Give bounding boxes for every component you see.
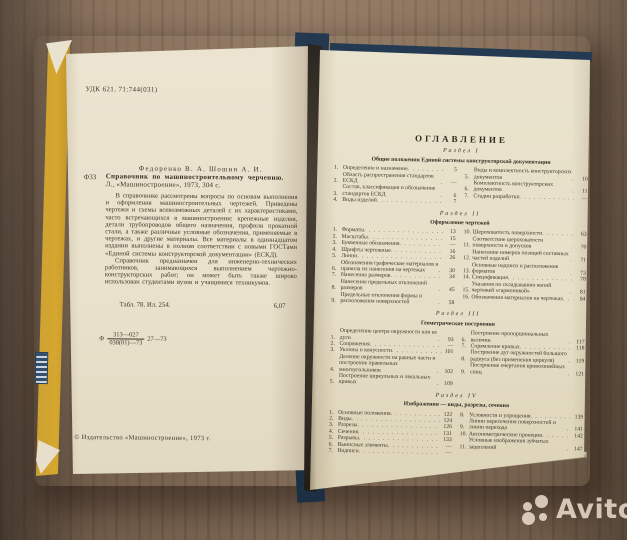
udk-number: УДК 621. 71:744(031) xyxy=(85,85,157,94)
entry-number: 10. xyxy=(464,230,473,237)
table-of-contents: ОГЛАВЛЕНИЕ Раздел IОбщие положения Едино… xyxy=(328,134,588,459)
entry-title: Стадии разработки xyxy=(473,193,519,200)
entry-number: 2. xyxy=(334,178,343,185)
entry-dot-leader xyxy=(359,448,440,456)
entry-body: Деление окружности на равные части и пос… xyxy=(339,354,453,375)
catalog-suffix: 27—73 xyxy=(147,336,166,343)
entry-page-number: 109 xyxy=(441,381,453,388)
avito-watermark: Avito xyxy=(522,494,627,525)
entry-number: 7. xyxy=(461,343,470,350)
entry-number: 7. xyxy=(332,272,341,279)
entry-title: Построение очертания криволинейных спиц xyxy=(470,363,568,378)
section-columns: 1.Определение и назначение52.Область рас… xyxy=(333,165,588,208)
entry-number: 3. xyxy=(330,347,339,354)
entry-body: Стадии разработки— xyxy=(473,193,587,202)
photo-of-open-book: УДК 621. 71:744(031) Ф33 Федоренко В. А.… xyxy=(0,0,627,540)
toc-entry: 4.Виды изделий7 xyxy=(333,197,456,206)
catalog-prefix: Ф xyxy=(99,335,104,342)
catalog-fraction: 313—027 038(01)—73 xyxy=(107,331,144,346)
toc-section: Раздел IIIГеометрические построения1.Опр… xyxy=(330,309,585,390)
entry-page-number: 147 xyxy=(570,446,582,453)
entry-number: 12. xyxy=(463,255,472,262)
entry-dot-leader xyxy=(377,198,445,206)
toc-entry: 7.Стадии разработки— xyxy=(464,193,587,202)
entry-page-number: — xyxy=(575,195,587,202)
catalog-denominator: 038(01)—73 xyxy=(107,339,144,346)
entry-number: 16. xyxy=(462,294,471,301)
copyright-line: © Издательство «Машиностроение», 1973 г. xyxy=(74,434,210,442)
imprint-line: Л., «Машиностроение», 1973, 304 с. xyxy=(106,180,296,190)
toc-entry: 11.Условные изображения зубчатых зацепле… xyxy=(460,437,583,452)
entry-body: Предельные отклонения формы и расположен… xyxy=(340,291,454,306)
entry-body: Построение циркульных и лекальных кривых… xyxy=(339,373,453,388)
entry-title: Обозначения материалов на чертежах xyxy=(471,294,563,302)
entry-title: Предельные отклонения формы и расположен… xyxy=(340,291,438,306)
entry-page-number: 7 xyxy=(444,199,456,206)
toc-section: Раздел IОбщие положения Единой системы к… xyxy=(333,146,588,208)
toc-sections: Раздел IОбщие положения Единой системы к… xyxy=(328,146,588,459)
bibliographic-block: Ф33 Федоренко В. А. Шошин А. И. Справочн… xyxy=(106,164,296,190)
annotation: В справочнике рассмотрены вопросы по осн… xyxy=(105,192,298,287)
toc-entry: 16.Обозначения материалов на чертежах84 xyxy=(462,294,585,303)
avito-watermark-text: Avito xyxy=(556,494,627,525)
entry-page-number: 58 xyxy=(442,300,454,307)
entry-body: Надписи— xyxy=(337,448,451,457)
entry-body: Условные изображения зубчатых зацеплений… xyxy=(469,438,583,453)
classification-code: Ф33 xyxy=(84,173,97,181)
entry-number: 5. xyxy=(465,174,474,181)
entry-page-number: 121 xyxy=(572,371,584,378)
entry-title: Условные изображения зубчатых зацеплений xyxy=(469,438,567,453)
section-columns: 1.Основные положения1222.Виды1243.Разрез… xyxy=(328,409,583,459)
entry-number: 4. xyxy=(333,197,342,204)
entry-number: 7. xyxy=(328,448,337,455)
entry-title: Деление окружности на равные части и пос… xyxy=(339,354,437,375)
entry-number: 7. xyxy=(464,193,473,200)
toc-entry: 9.Предельные отклонения формы и располож… xyxy=(331,291,454,306)
section-columns: 1.Форматы132.Масштабы153.Буквенные обозн… xyxy=(331,227,586,309)
entry-number: 9. xyxy=(331,298,340,305)
entry-number: 11. xyxy=(460,444,469,451)
annotation-paragraph-2: Справочник предназначен для инженерно-те… xyxy=(105,257,297,287)
catalog-index: Ф 313—027 038(01)—73 27—73 xyxy=(99,331,166,347)
entry-number: 5. xyxy=(332,253,341,260)
entry-number: 8. xyxy=(461,356,470,363)
entry-number: 10. xyxy=(460,431,469,438)
entry-body: Виды изделий7 xyxy=(342,197,456,206)
entry-title: Виды изделий xyxy=(342,197,377,204)
contents-heading: ОГЛАВЛЕНИЕ xyxy=(334,134,588,145)
toc-entry: 7.Надписи— xyxy=(328,448,451,457)
entry-body: Обозначения материалов на чертежах84 xyxy=(471,294,585,303)
toc-entry: 5.Построение циркульных и лекальных крив… xyxy=(330,373,453,388)
entry-number: 8. xyxy=(460,412,469,419)
entry-title: Построение циркульных и лекальных кривых xyxy=(339,373,437,388)
entry-dot-leader xyxy=(563,296,574,303)
toc-section: Раздел IIОформление чертежей1.Форматы132… xyxy=(331,208,587,309)
entry-number: 11. xyxy=(463,243,472,250)
toc-entry: 4.Деление окружности на равные части и п… xyxy=(330,353,453,375)
title-verso-page: УДК 621. 71:744(031) Ф33 Федоренко В. А.… xyxy=(62,43,318,475)
avito-logo-icon xyxy=(522,495,550,525)
entry-page-number: — xyxy=(439,450,451,457)
contents-page: ОГЛАВЛЕНИЕ Раздел IОбщие положения Едино… xyxy=(304,41,599,494)
price: 6,07 xyxy=(274,303,286,310)
library-sticker xyxy=(35,352,49,384)
entry-number: 5. xyxy=(330,379,339,386)
entry-dot-leader xyxy=(519,194,575,201)
entry-page-number: 84 xyxy=(573,296,585,303)
entry-number: 4. xyxy=(330,366,339,373)
toc-column: 1.Определение центра окружности или ее д… xyxy=(330,328,454,388)
toc-column: 1.Основные положения1222.Виды1243.Разрез… xyxy=(328,409,452,456)
toc-column: 1.Определение и назначение52.Область рас… xyxy=(333,165,457,206)
toc-column: 10.Шероховатость поверхности6311.Соответ… xyxy=(462,230,586,309)
toc-column: 8.Условности и упрощения1399.Линии перес… xyxy=(459,412,583,459)
entry-number: 8. xyxy=(332,285,341,292)
entry-body: Построение очертания криволинейных спиц1… xyxy=(470,363,584,378)
toc-column: 1.Форматы132.Масштабы153.Буквенные обозн… xyxy=(331,227,455,306)
toc-entry: 9.Построение очертания криволинейных спи… xyxy=(461,362,584,377)
section-columns: 1.Определение центра окружности или ее д… xyxy=(330,328,585,391)
toc-column: 6.Построение пропорциональных величин117… xyxy=(461,330,585,390)
tables-count: Табл. 78. Ил. 254. xyxy=(120,301,171,308)
toc-section: Раздел IVИзображения — виды, разрезы, се… xyxy=(328,391,583,460)
entry-number: 1. xyxy=(334,165,343,172)
tables-illustrations-row: Табл. 78. Ил. 254. 6,07 xyxy=(120,301,286,309)
entry-number: 9. xyxy=(461,369,470,376)
entry-title: Надписи xyxy=(337,448,358,455)
toc-column: 5.Виды и комплектность конструкторских д… xyxy=(464,167,588,208)
annotation-paragraph-1: В справочнике рассмотрены вопросы по осн… xyxy=(105,192,298,259)
entry-number: 14. xyxy=(463,275,472,282)
